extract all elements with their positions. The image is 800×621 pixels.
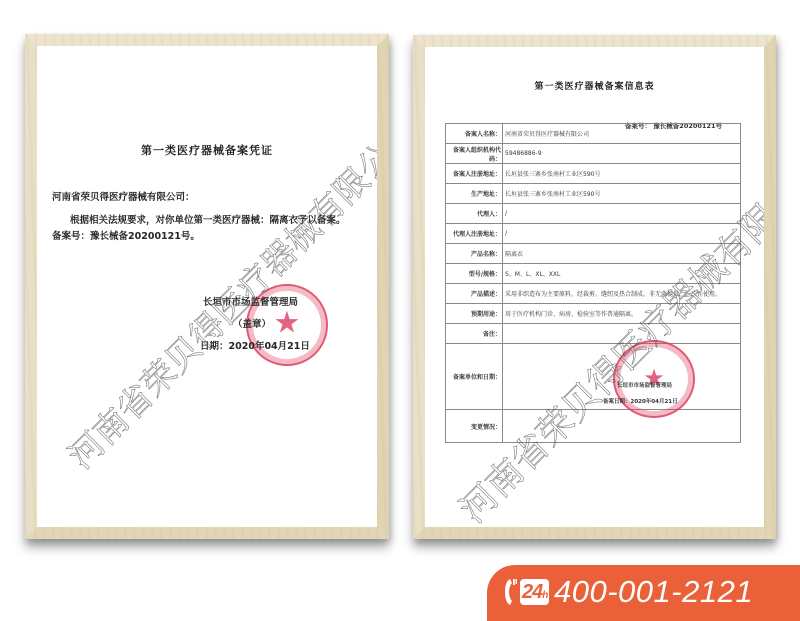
24h-badge: 24h <box>520 579 549 605</box>
row-label: 型号/规格： <box>446 264 503 284</box>
stamp-issuer: 长垣市市场监督管理局 <box>617 381 672 389</box>
table-row: 变更情况： <box>446 410 741 443</box>
row-label: 备案人注册地址： <box>446 164 503 184</box>
row-value: 长垣县张三寨乡张南村工业区590号 <box>503 184 741 204</box>
badge-number: 24 <box>522 581 542 603</box>
row-value: / <box>503 204 741 224</box>
issue-date: 日期：2020年04月21日 <box>200 338 310 352</box>
row-value: 长垣县张三寨乡张南村工业区590号 <box>503 164 741 184</box>
certificate-frame-left: 第一类医疗器械备案凭证 河南省荣贝得医疗器械有限公司： 根据相关法规要求，对你单… <box>25 34 389 539</box>
table-row: 备案人注册地址：长垣县张三寨乡张南村工业区590号 <box>446 164 741 184</box>
row-label: 备案单位和日期： <box>446 344 503 410</box>
issuer: 长垣市市场监督管理局 <box>203 294 298 308</box>
badge-suffix: h <box>542 590 548 601</box>
row-value: 河南省荣贝得医疗器械有限公司 <box>503 124 741 144</box>
row-value: / <box>503 224 741 244</box>
row-value: 用于医疗机构门诊、病房、检验室等作普通隔离。 <box>503 304 741 324</box>
row-value: 隔离衣 <box>503 244 741 264</box>
row-value: 59486886-9 <box>503 144 741 164</box>
row-value: 采用非织造布为主要原料，经裁剪、缝纫及热合制成。非无菌提供，一次性使用。 <box>503 284 741 304</box>
info-sheet-title: 第一类医疗器械备案信息表 <box>425 79 764 92</box>
row-label: 产品名称： <box>446 244 503 264</box>
info-table: 备案人名称：河南省荣贝得医疗器械有限公司备案人组织机构代码：59486886-9… <box>445 123 741 443</box>
table-row: 产品名称：隔离衣 <box>446 244 741 264</box>
table-row: 生产地址：长垣县张三寨乡张南村工业区590号 <box>446 184 741 204</box>
row-label: 备案人组织机构代码： <box>446 144 503 164</box>
certificate-paper: 第一类医疗器械备案凭证 河南省荣贝得医疗器械有限公司： 根据相关法规要求，对你单… <box>37 46 377 527</box>
certificate-title: 第一类医疗器械备案凭证 <box>37 142 377 158</box>
addressee: 河南省荣贝得医疗器械有限公司： <box>52 189 195 203</box>
row-label: 备注： <box>446 324 503 344</box>
info-sheet-paper: 第一类医疗器械备案信息表 备案号： 豫长械备20200121号 备案人名称：河南… <box>425 47 764 527</box>
table-row: 预期用途：用于医疗机构门诊、病房、检验室等作普通隔离。 <box>446 304 741 324</box>
watermark: 河南省荣贝得医疗器械有限公司 <box>56 107 377 478</box>
table-row: 备案单位和日期： <box>446 344 741 410</box>
body-line-2: 备案号：豫长械备20200121号。 <box>52 228 200 242</box>
seal-note: （盖章） <box>233 316 271 330</box>
hotline-number[interactable]: 400-001-2121 <box>554 574 753 610</box>
table-row: 产品描述：采用非织造布为主要原料，经裁剪、缝纫及热合制成。非无菌提供，一次性使用… <box>446 284 741 304</box>
table-row: 备案人组织机构代码：59486886-9 <box>446 144 741 164</box>
table-row: 代理人：/ <box>446 204 741 224</box>
row-value: S、M、L、XL、XXL <box>503 264 741 284</box>
row-label: 变更情况： <box>446 410 503 443</box>
table-row: 代理人注册地址：/ <box>446 224 741 244</box>
stamp-date: 备案日期：2020年04月21日 <box>603 397 678 405</box>
official-seal: ★ <box>613 340 695 418</box>
phone-icon <box>503 577 517 607</box>
table-row: 备案人名称：河南省荣贝得医疗器械有限公司 <box>446 124 741 144</box>
row-label: 预期用途： <box>446 304 503 324</box>
body-line-1: 根据相关法规要求，对你单位第一类医疗器械：隔离衣予以备案。 <box>70 212 346 226</box>
row-value <box>503 324 741 344</box>
row-label: 生产地址： <box>446 184 503 204</box>
star-icon: ★ <box>274 309 301 339</box>
row-label: 产品描述： <box>446 284 503 304</box>
row-label: 代理人： <box>446 204 503 224</box>
table-row: 型号/规格：S、M、L、XL、XXL <box>446 264 741 284</box>
row-label: 备案人名称： <box>446 124 503 144</box>
row-label: 代理人注册地址： <box>446 224 503 244</box>
table-row: 备注： <box>446 324 741 344</box>
row-value <box>503 410 741 443</box>
certificate-frame-right: 第一类医疗器械备案信息表 备案号： 豫长械备20200121号 备案人名称：河南… <box>413 35 776 539</box>
hotline-banner[interactable]: 24h 400-001-2121 <box>487 565 800 621</box>
